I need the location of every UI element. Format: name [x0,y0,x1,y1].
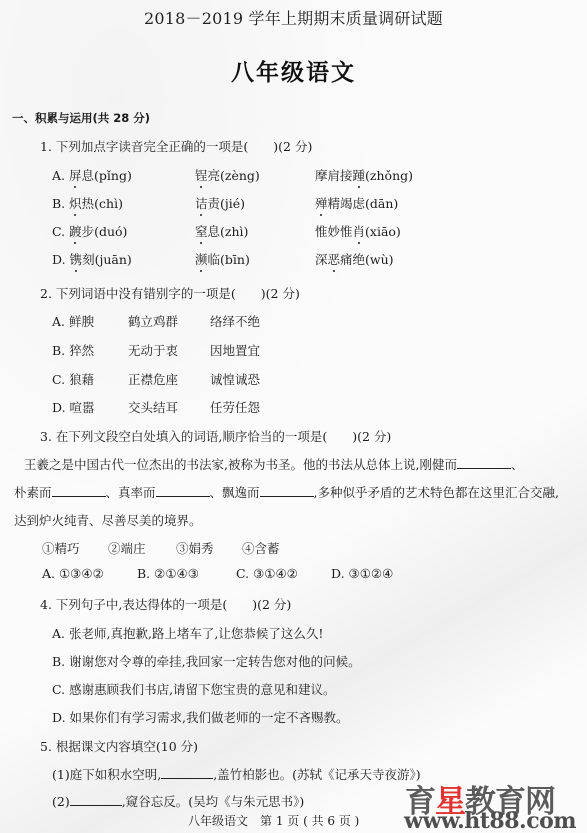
q3-choice-b: B. ②①④③ [137,566,199,581]
q1-option-c-item1: C. 踱步(duó) [52,222,127,240]
q1-option-b-item3: 殚精竭虑(dān) [315,194,398,212]
exam-title: 2018－2019 学年上期期末质量调研试题 [0,6,587,29]
q1-option-a-item2: 锃亮(zèng) [195,166,260,184]
q2-option-c-item2: 正襟危座 [128,370,178,388]
section-heading: 一、积累与运用(共 28 分) [12,110,150,126]
question-3-stem: 3. 在下列文段空白处填入的词语,顺序恰当的一项是( )(2 分) [40,427,391,445]
q3-choice-d: D. ③①②④ [331,566,393,581]
q5-item-1: (1)庭下如积水空明,,盖竹柏影也。(苏轼《记承天寺夜游》) [52,765,421,783]
q3-word-1: ①精巧 [42,539,80,557]
question-5-stem: 5. 根据课文内容填空(10 分) [40,737,198,755]
q2-option-c-label: C. 狼藉 [52,370,94,388]
q1-option-d-item2: 濒临(bīn) [195,250,250,268]
q1-option-b-item2: 诘责(jié) [195,194,245,212]
question-4-stem: 4. 下列句子中,表达得体的一项是( )(2 分) [40,595,291,613]
q2-option-a-item3: 络绎不绝 [210,312,260,330]
q3-blank-3[interactable] [156,486,210,497]
q2-option-d-item2: 交头结耳 [128,398,178,416]
q5-item-2: (2),窥谷忘反。(吴均《与朱元思书》) [52,792,304,810]
q3-passage-line3: 达到炉火纯青、尽善尽美的境界。 [14,511,202,529]
q4-option-d: D. 如果你们有学习需求,我们做老师的一定不吝赐教。 [52,708,349,726]
q4-option-b: B. 谢谢您对令尊的牵挂,我回家一定转告您对他的问候。 [52,652,361,670]
question-1-stem: 1. 下列加点字读音完全正确的一项是( )(2 分) [40,137,312,155]
q3-word-2: ②端庄 [108,539,146,557]
q2-option-b-item2: 无动于衷 [128,341,178,359]
q2-option-a-label: A. 鲜腴 [52,312,94,330]
page-footer: 八年级语文 第 1 页 ( 共 6 页 ) [188,812,359,829]
q1-option-c-item3: 惟妙惟肖(xiāo) [315,222,401,240]
q5-blank-1[interactable] [161,768,213,779]
q3-passage-line2: 朴素而、真率而、飘逸而,多种似乎矛盾的艺术特色都在这里汇合交融, [14,483,559,501]
subject-title: 八年级语文 [0,54,587,87]
q2-option-b-label: B. 猝然 [52,341,94,359]
q2-option-c-item3: 诚惶诚恐 [210,370,260,388]
q1-option-d-item3: 深恶痛绝(wù) [315,250,394,268]
q3-word-3: ③娟秀 [176,539,214,557]
q3-blank-1[interactable] [457,458,511,469]
q3-word-4: ④含蓄 [242,539,280,557]
q3-choice-a: A. ①③④② [42,566,104,581]
q2-option-d-label: D. 喧嚣 [52,398,95,416]
q5-blank-2[interactable] [70,795,122,806]
q1-option-c-item2: 窒息(zhì) [195,222,248,240]
q3-choice-c: C. ③①④② [236,566,298,581]
q1-option-b-item1: B. 炽热(chì) [52,194,123,212]
watermark-url: www.ht88.com [404,808,576,833]
question-2-stem: 2. 下列词语中没有错别字的一项是( )(2 分) [40,284,300,302]
q2-option-b-item3: 因地置宜 [210,341,260,359]
q1-option-a-item3: 摩肩接踵(zhǒng) [315,166,413,184]
q2-option-d-item3: 任劳任怨 [210,398,260,416]
q3-blank-2[interactable] [52,486,106,497]
q2-option-a-item2: 鹤立鸡群 [128,312,178,330]
q3-passage-line1: 王羲之是中国古代一位杰出的书法家,被称为书圣。他的书法从总体上说,刚健而、 [24,455,523,473]
q1-option-d-item1: D. 镌刻(juān) [52,250,132,268]
q1-option-a-item1: A. 屏息(pǐng) [52,166,132,184]
q3-blank-4[interactable] [260,486,314,497]
q4-option-c: C. 感谢惠顾我们书店,请留下您宝贵的意见和建议。 [52,680,336,698]
q4-option-a: A. 张老师,真抱歉,路上堵车了,让您恭候了这么久! [52,624,323,642]
